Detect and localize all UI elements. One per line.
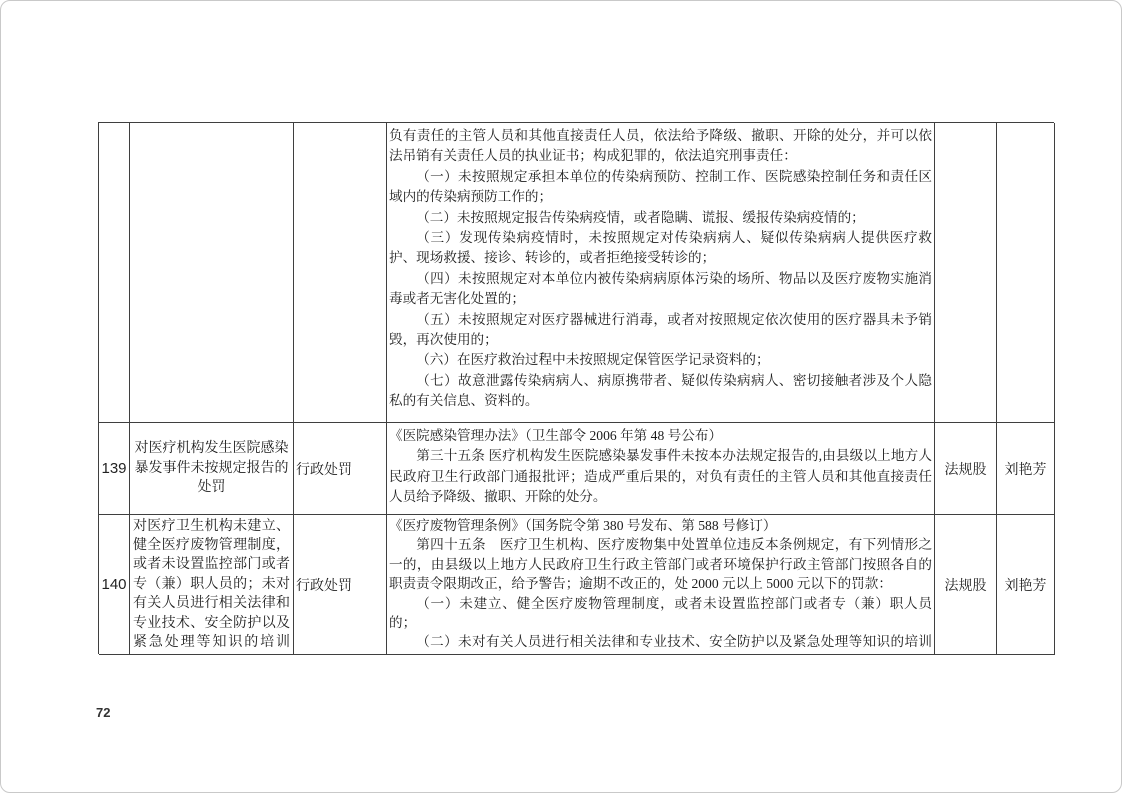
legal-paragraph: 《医疗废物管理条例》（国务院令第 380 号发布、第 588 号修订） xyxy=(389,516,932,535)
legal-basis-cell: 《医院感染管理办法》（卫生部令 2006 年第 48 号公布） 第三十五条 医疗… xyxy=(387,423,935,515)
item-text: 对医疗机构发生医院感染暴发事件未按规定报告的处罚 xyxy=(133,439,290,497)
row-no-cell xyxy=(99,123,130,423)
department-cell xyxy=(935,123,997,423)
penalty-type-cell xyxy=(294,123,387,423)
legal-paragraph: （四）未按照规定对本单位内被传染病病原体污染的场所、物品以及医疗废物实施消毒或者… xyxy=(389,269,932,310)
item-cell xyxy=(130,123,294,423)
reviewer-cell xyxy=(997,123,1055,423)
penalty-table: 负有责任的主管人员和其他直接责任人员，依法给予降级、撤职、开除的处分，并可以依法… xyxy=(98,122,1054,654)
legal-basis-cell: 《医疗废物管理条例》（国务院令第 380 号发布、第 588 号修订） 第四十五… xyxy=(387,515,935,655)
legal-paragraph: （一）未按照规定承担本单位的传染病预防、控制工作、医院感染控制任务和责任区域内的… xyxy=(389,167,932,208)
legal-paragraph: 负有责任的主管人员和其他直接责任人员，依法给予降级、撤职、开除的处分，并可以依法… xyxy=(389,126,932,167)
item-text: 对医疗卫生机构未建立、健全医疗废物管理制度，或者未设置监控部门或者专（兼）职人员… xyxy=(133,517,290,653)
item-cell: 对医疗机构发生医院感染暴发事件未按规定报告的处罚 xyxy=(130,423,294,515)
legal-paragraph: （七）故意泄露传染病病人、病原携带者、疑似传染病病人、密切接触者涉及个人隐私的有… xyxy=(389,371,932,412)
legal-basis-cell: 负有责任的主管人员和其他直接责任人员，依法给予降级、撤职、开除的处分，并可以依法… xyxy=(387,123,935,423)
legal-paragraph: （六）在医疗救治过程中未按照规定保管医学记录资料的； xyxy=(389,350,932,370)
legal-paragraph: （二）未对有关人员进行相关法律和专业技术、安全防护以及紧急处理等知识的培训的； xyxy=(389,632,932,655)
reviewer-cell: 刘艳芳 xyxy=(997,423,1055,515)
legal-paragraph: （一）未建立、健全医疗废物管理制度，或者未设置监控部门或者专（兼）职人员的； xyxy=(389,594,932,633)
penalty-type-cell: 行政处罚 xyxy=(294,515,387,655)
legal-paragraph: 《医院感染管理办法》（卫生部令 2006 年第 48 号公布） xyxy=(389,426,932,446)
row-no-cell: 140 xyxy=(99,515,130,655)
row-no-cell: 139 xyxy=(99,423,130,515)
reviewer-cell: 刘艳芳 xyxy=(997,515,1055,655)
legal-paragraph: 第四十五条 医疗卫生机构、医疗废物集中处置单位违反本条例规定，有下列情形之一的，… xyxy=(389,535,932,593)
penalty-type-cell: 行政处罚 xyxy=(294,423,387,515)
document-page: 负有责任的主管人员和其他直接责任人员，依法给予降级、撤职、开除的处分，并可以依法… xyxy=(0,0,1122,793)
legal-paragraph: （五）未按照规定对医疗器械进行消毒，或者对按照规定依次使用的医疗器具未予销毁，再… xyxy=(389,310,932,351)
page-number: 72 xyxy=(96,705,110,720)
legal-paragraph: 第三十五条 医疗机构发生医院感染暴发事件未按本办法规定报告的,由县级以上地方人民… xyxy=(389,446,932,507)
department-cell: 法规股 xyxy=(935,423,997,515)
department-cell: 法规股 xyxy=(935,515,997,655)
legal-paragraph: （三）发现传染病疫情时，未按照规定对传染病病人、疑似传染病病人提供医疗救护、现场… xyxy=(389,228,932,269)
legal-paragraph: （二）未按照规定报告传染病疫情，或者隐瞒、谎报、缓报传染病疫情的； xyxy=(389,208,932,228)
item-cell: 对医疗卫生机构未建立、健全医疗废物管理制度，或者未设置监控部门或者专（兼）职人员… xyxy=(130,515,294,655)
